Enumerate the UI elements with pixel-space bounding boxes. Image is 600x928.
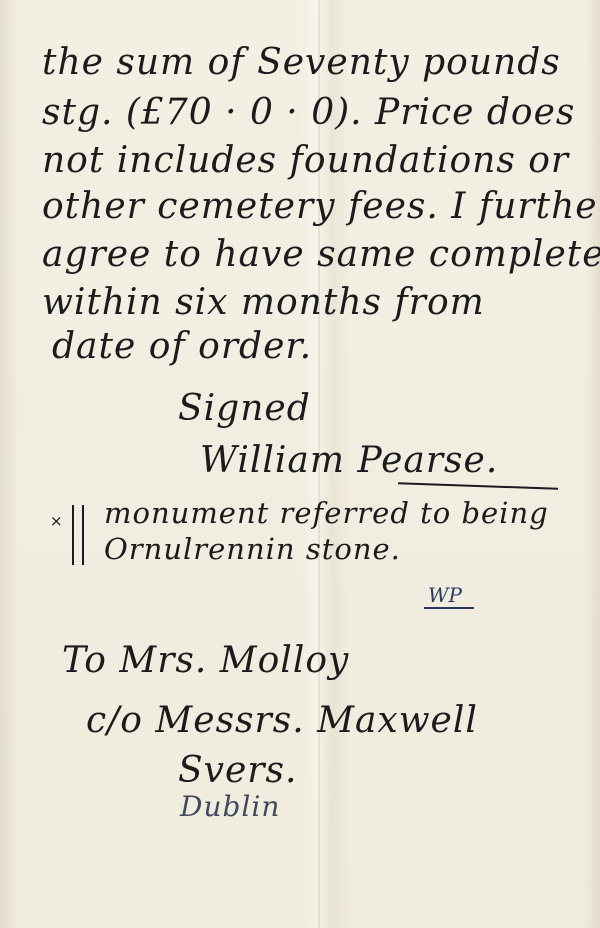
note-line-1: monument referred to being bbox=[104, 496, 549, 530]
address-line-4: Dublin bbox=[180, 790, 280, 823]
body-line-4: other cemetery fees. I further bbox=[42, 186, 600, 227]
signed-label: Signed bbox=[178, 388, 311, 429]
note-line-2: Ornulrennin stone. bbox=[104, 532, 401, 566]
note-marker: × bbox=[50, 512, 63, 530]
address-line-1: To Mrs. Molloy bbox=[62, 640, 349, 681]
initials-mark: WP bbox=[424, 583, 474, 609]
body-line-1: the sum of Seventy pounds bbox=[42, 42, 561, 83]
body-line-5: agree to have same completed bbox=[42, 234, 600, 275]
address-line-3: Svers. bbox=[178, 750, 297, 791]
signature-name: William Pearse. bbox=[200, 440, 498, 481]
note-bracket bbox=[72, 505, 84, 565]
body-line-7: date of order. bbox=[52, 326, 312, 367]
body-line-6: within six months from bbox=[42, 282, 485, 323]
letter-page: the sum of Seventy pounds stg. (£70 · 0 … bbox=[0, 0, 600, 928]
address-line-2: c/o Messrs. Maxwell bbox=[86, 700, 478, 741]
body-line-2: stg. (£70 · 0 · 0). Price does bbox=[42, 92, 575, 133]
body-line-3: not includes foundations or bbox=[42, 140, 569, 181]
signature-underline bbox=[398, 482, 558, 490]
